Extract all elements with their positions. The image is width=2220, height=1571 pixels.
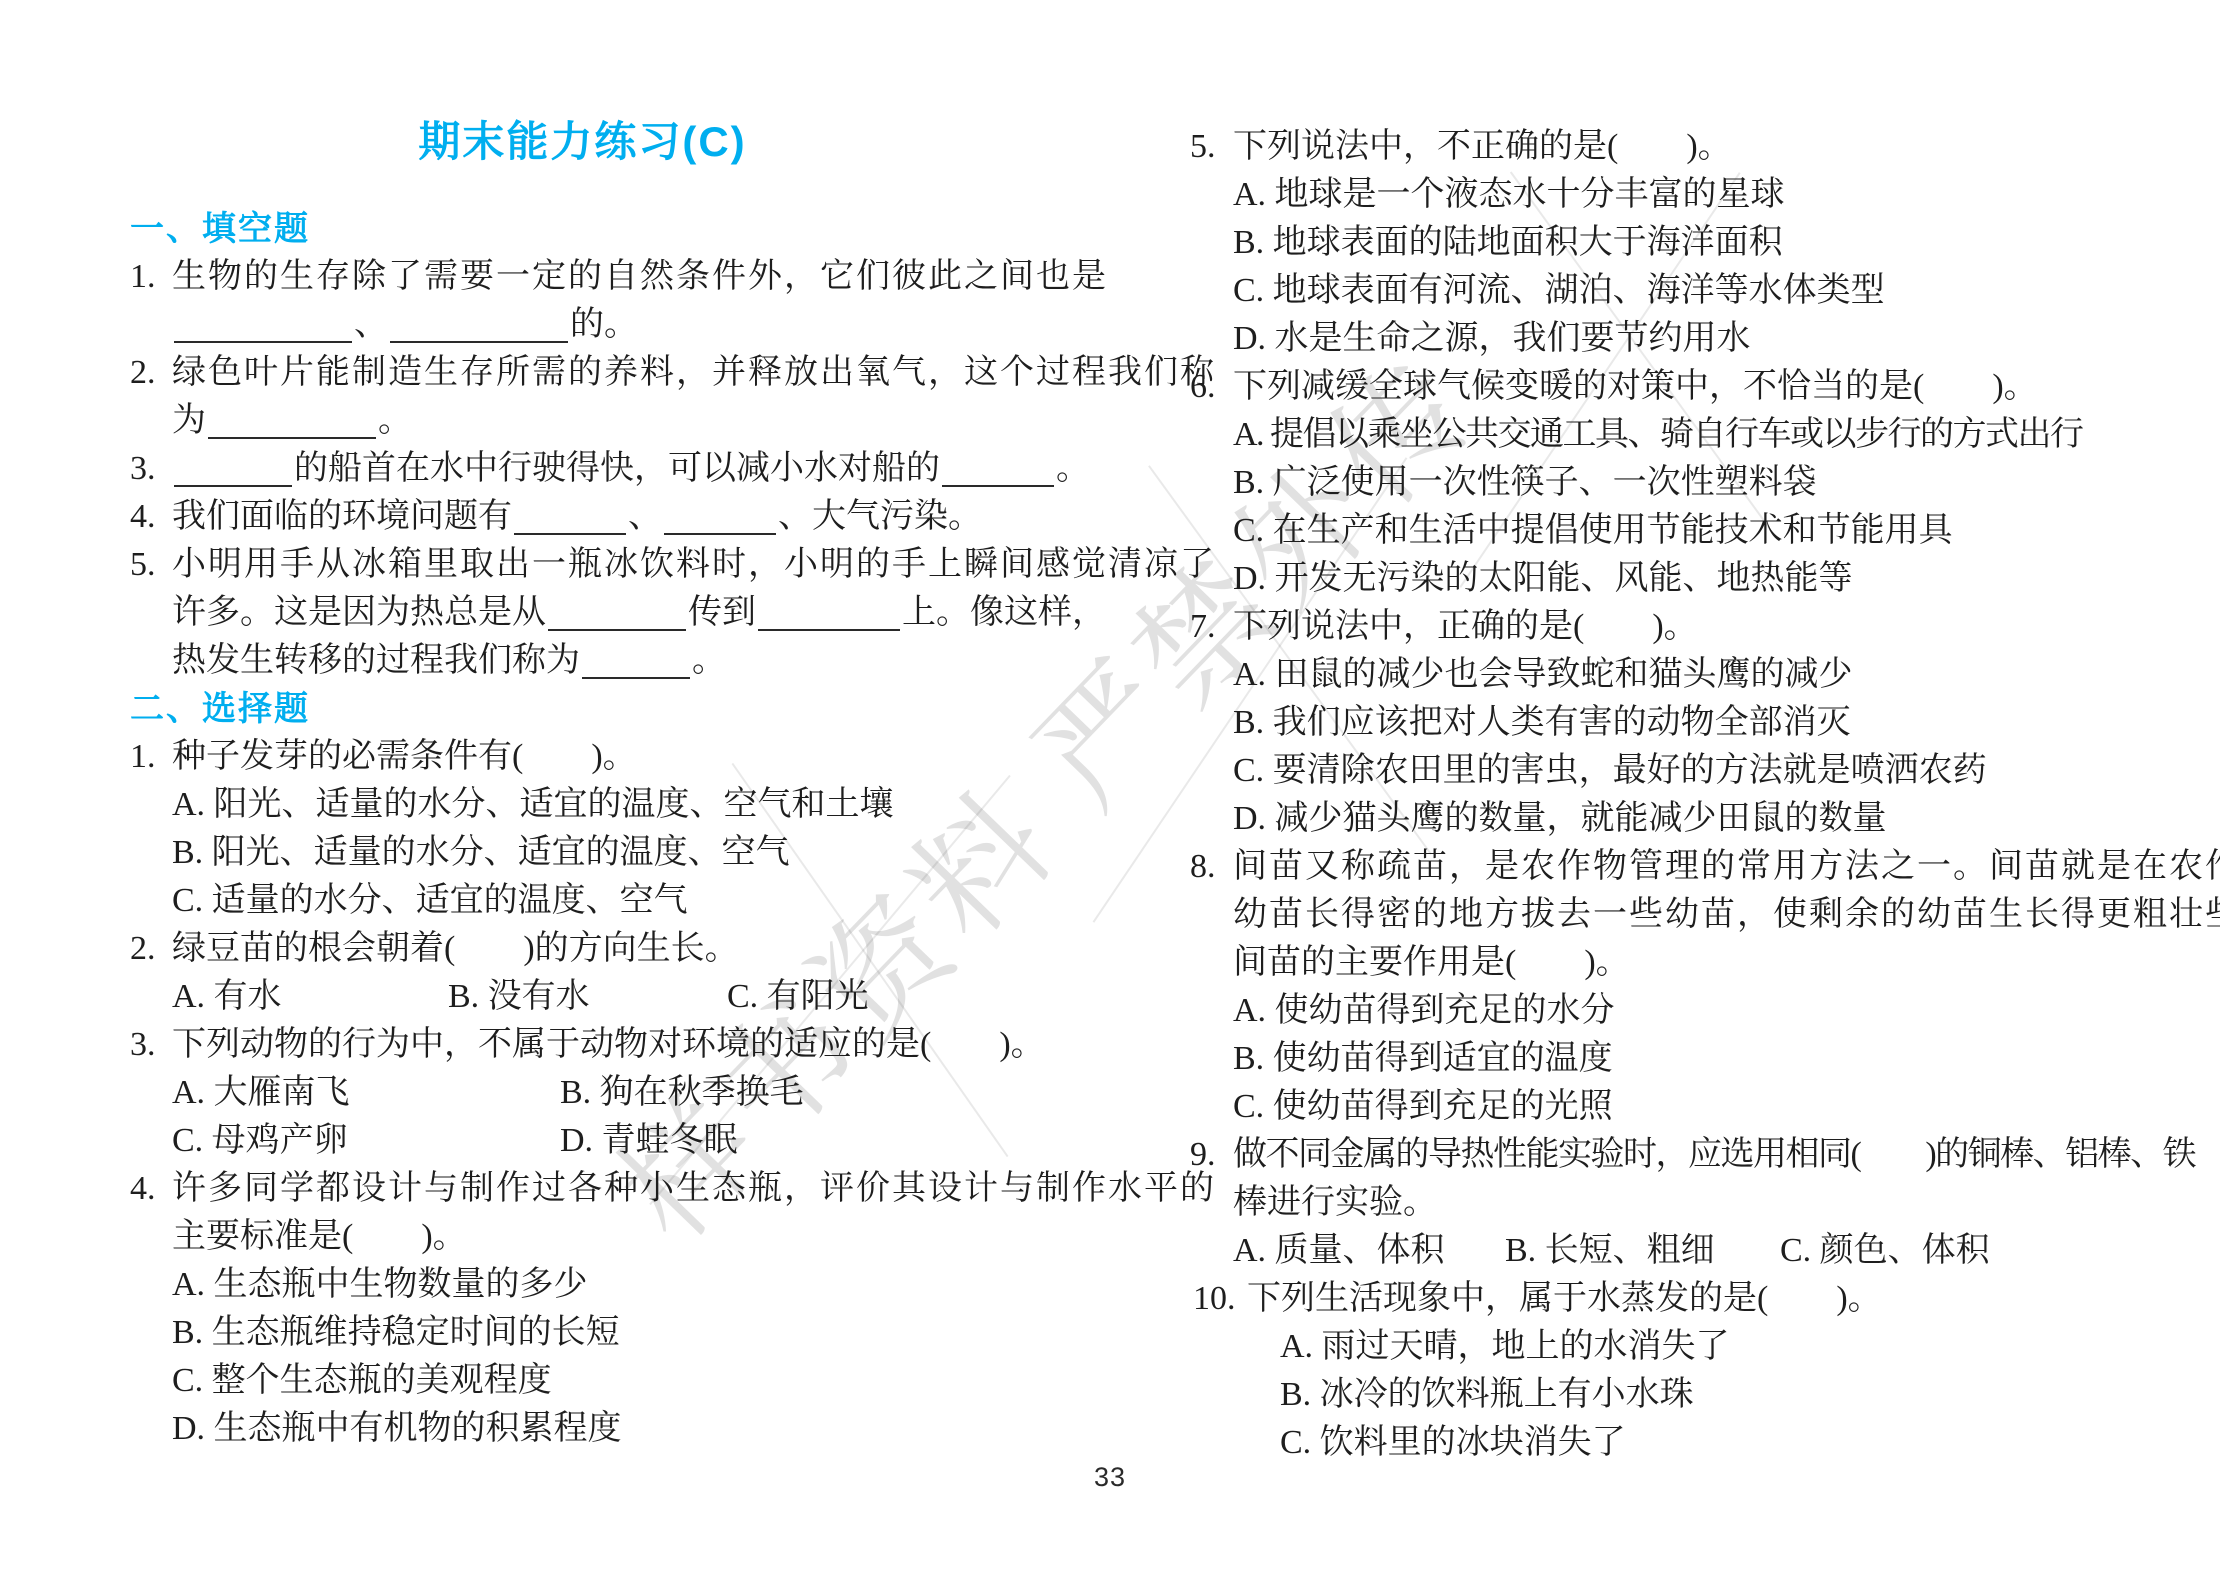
question-line: 6.下列减缓全球气候变暖的对策中，不恰当的是( )。 bbox=[1185, 363, 2110, 411]
text-segment: B. 生态瓶维持稳定时间的长短 bbox=[172, 1314, 620, 1351]
text-segment: 做不同金属的导热性能实验时，应选用相同( )的铜棒、铝棒、铁 bbox=[1233, 1136, 2195, 1173]
option-item: A. 质量、体积 bbox=[1233, 1227, 1445, 1275]
text-segment: B. 我们应该把对人类有害的动物全部消灭 bbox=[1233, 704, 1851, 741]
text-line: C. 适量的水分、适宜的温度、空气 bbox=[130, 877, 1035, 925]
text-line: A. 阳光、适量的水分、适宜的温度、空气和土壤 bbox=[130, 781, 1035, 829]
question-number: 3. bbox=[130, 1021, 156, 1069]
text-line: D. 减少猫头鹰的数量，就能减少田鼠的数量 bbox=[1185, 795, 2110, 843]
question-number: 9. bbox=[1190, 1131, 1216, 1179]
fill-in-blank bbox=[208, 437, 376, 439]
option-item: D. 青蛙冬眠 bbox=[560, 1117, 738, 1165]
question-number: 2. bbox=[130, 349, 156, 397]
question-line: 5.下列说法中，不正确的是( )。 bbox=[1185, 123, 2110, 171]
question-number: 4. bbox=[130, 1165, 156, 1213]
text-line: C. 整个生态瓶的美观程度 bbox=[130, 1357, 1035, 1405]
worksheet-page: 样书资料 严禁外传 期末能力练习(C) 一、填空题1.生物的生存除了需要一定的自… bbox=[0, 0, 2220, 1571]
text-segment: 、大气污染。 bbox=[778, 498, 982, 535]
text-segment: 下列说法中，不正确的是( )。 bbox=[1233, 128, 1732, 165]
question-number: 4. bbox=[130, 493, 156, 541]
text-segment: 。 bbox=[692, 642, 726, 679]
text-line: B. 我们应该把对人类有害的动物全部消灭 bbox=[1185, 699, 2110, 747]
text-segment: 传到 bbox=[688, 594, 756, 631]
text-segment: 棒进行实验。 bbox=[1233, 1184, 1437, 1221]
text-segment: D. 减少猫头鹰的数量，就能减少田鼠的数量 bbox=[1233, 800, 1887, 837]
option-item: B. 狗在秋季换毛 bbox=[560, 1069, 804, 1117]
left-column: 一、填空题1.生物的生存除了需要一定的自然条件外，它们彼此之间也是、的。2.绿色… bbox=[130, 205, 1035, 1453]
text-segment: A. 提倡以乘坐公共交通工具、骑自行车或以步行的方式出行 bbox=[1233, 416, 2083, 453]
question-number: 6. bbox=[1190, 363, 1216, 411]
question-line: 9.做不同金属的导热性能实验时，应选用相同( )的铜棒、铝棒、铁 bbox=[1185, 1131, 2110, 1179]
text-segment: 、 bbox=[628, 498, 662, 535]
text-segment: 下列说法中，正确的是( )。 bbox=[1233, 608, 1698, 645]
text-segment: C. 要清除农田里的害虫，最好的方法就是喷洒农药 bbox=[1233, 752, 1987, 789]
text-segment: 的。 bbox=[570, 306, 638, 343]
text-line: 、的。 bbox=[130, 301, 1035, 349]
text-segment: 绿豆苗的根会朝着( )的方向生长。 bbox=[172, 930, 739, 967]
text-segment: 。 bbox=[378, 402, 412, 439]
page-title: 期末能力练习(C) bbox=[130, 112, 1035, 172]
text-line: C. 使幼苗得到充足的光照 bbox=[1185, 1083, 2110, 1131]
text-segment: D. 水是生命之源，我们要节约用水 bbox=[1233, 320, 1751, 357]
option-item: B. 长短、粗细 bbox=[1505, 1227, 1715, 1275]
text-line: B. 阳光、适量的水分、适宜的温度、空气 bbox=[130, 829, 1035, 877]
text-segment: C. 在生产和生活中提倡使用节能技术和节能用具 bbox=[1233, 512, 1953, 549]
text-line: B. 生态瓶维持稳定时间的长短 bbox=[130, 1309, 1035, 1357]
text-line: A. 有水B. 没有水C. 有阳光 bbox=[130, 973, 1035, 1021]
question-line: 8.间苗又称疏苗，是农作物管理的常用方法之一。间苗就是在农作物 bbox=[1185, 843, 2110, 891]
section-header-choice: 二、选择题 bbox=[130, 685, 1035, 733]
text-segment: A. 生态瓶中生物数量的多少 bbox=[172, 1266, 588, 1303]
text-segment: B. 广泛使用一次性筷子、一次性塑料袋 bbox=[1233, 464, 1817, 501]
option-item: B. 没有水 bbox=[448, 973, 590, 1021]
text-line: A. 大雁南飞B. 狗在秋季换毛 bbox=[130, 1069, 1035, 1117]
text-segment: 主要标准是( )。 bbox=[172, 1218, 467, 1255]
fill-in-blank bbox=[942, 485, 1054, 487]
option-item: C. 有阳光 bbox=[727, 973, 869, 1021]
text-segment: D. 生态瓶中有机物的积累程度 bbox=[172, 1410, 622, 1447]
text-line: C. 要清除农田里的害虫，最好的方法就是喷洒农药 bbox=[1185, 747, 2110, 795]
fill-in-blank bbox=[514, 533, 626, 535]
text-segment: 、 bbox=[354, 306, 388, 343]
text-segment: 小明用手从冰箱里取出一瓶冰饮料时，小明的手上瞬间感觉清凉了 bbox=[172, 546, 1216, 583]
text-line: A. 提倡以乘坐公共交通工具、骑自行车或以步行的方式出行 bbox=[1185, 411, 2110, 459]
text-segment: 的船首在水中行驶得快，可以减小水对船的 bbox=[294, 450, 940, 487]
text-line: A. 生态瓶中生物数量的多少 bbox=[130, 1261, 1035, 1309]
text-segment: B. 阳光、适量的水分、适宜的温度、空气 bbox=[172, 834, 790, 871]
text-segment: 间苗又称疏苗，是农作物管理的常用方法之一。间苗就是在农作物 bbox=[1233, 848, 2220, 885]
fill-in-blank bbox=[390, 341, 568, 343]
text-segment: 间苗的主要作用是( )。 bbox=[1233, 944, 1630, 981]
question-line: 1.种子发芽的必需条件有( )。 bbox=[130, 733, 1035, 781]
text-segment: 热发生转移的过程我们称为 bbox=[172, 642, 580, 679]
text-line: B. 冰冷的饮料瓶上有小水珠 bbox=[1185, 1371, 2110, 1419]
question-number: 3. bbox=[130, 445, 156, 493]
question-line: 4.我们面临的环境问题有、、大气污染。 bbox=[130, 493, 1035, 541]
text-line: A. 地球是一个液态水十分丰富的星球 bbox=[1185, 171, 2110, 219]
text-line: D. 开发无污染的太阳能、风能、地热能等 bbox=[1185, 555, 2110, 603]
page-number: 33 bbox=[0, 1462, 2220, 1502]
text-line: A. 田鼠的减少也会导致蛇和猫头鹰的减少 bbox=[1185, 651, 2110, 699]
question-line: 7.下列说法中，正确的是( )。 bbox=[1185, 603, 2110, 651]
text-segment: A. 使幼苗得到充足的水分 bbox=[1233, 992, 1615, 1029]
text-segment: C. 适量的水分、适宜的温度、空气 bbox=[172, 882, 688, 919]
text-line: 间苗的主要作用是( )。 bbox=[1185, 939, 2110, 987]
text-segment: 。 bbox=[1056, 450, 1090, 487]
text-segment: 许多。这是因为热总是从 bbox=[172, 594, 546, 631]
text-segment: A. 阳光、适量的水分、适宜的温度、空气和土壤 bbox=[172, 786, 894, 823]
fill-in-blank bbox=[664, 533, 776, 535]
text-line: D. 水是生命之源，我们要节约用水 bbox=[1185, 315, 2110, 363]
text-line: B. 地球表面的陆地面积大于海洋面积 bbox=[1185, 219, 2110, 267]
text-line: 热发生转移的过程我们称为。 bbox=[130, 637, 1035, 685]
fill-in-blank bbox=[174, 485, 292, 487]
text-segment: A. 雨过天晴，地上的水消失了 bbox=[1280, 1328, 1730, 1365]
text-segment: C. 使幼苗得到充足的光照 bbox=[1233, 1088, 1613, 1125]
text-segment: 下列减缓全球气候变暖的对策中，不恰当的是( )。 bbox=[1233, 368, 2038, 405]
text-segment: B. 冰冷的饮料瓶上有小水珠 bbox=[1280, 1376, 1694, 1413]
option-item: A. 有水 bbox=[172, 973, 282, 1021]
question-number: 5. bbox=[1190, 123, 1216, 171]
question-line: 5.小明用手从冰箱里取出一瓶冰饮料时，小明的手上瞬间感觉清凉了 bbox=[130, 541, 1035, 589]
question-number: 1. bbox=[130, 733, 156, 781]
text-segment: C. 地球表面有河流、湖泊、海洋等水体类型 bbox=[1233, 272, 1885, 309]
option-item: C. 母鸡产卵 bbox=[172, 1117, 348, 1165]
text-segment: 幼苗长得密的地方拔去一些幼苗，使剩余的幼苗生长得更粗壮些。 bbox=[1233, 896, 2220, 933]
text-line: C. 地球表面有河流、湖泊、海洋等水体类型 bbox=[1185, 267, 2110, 315]
text-line: A. 雨过天晴，地上的水消失了 bbox=[1185, 1323, 2110, 1371]
text-line: C. 在生产和生活中提倡使用节能技术和节能用具 bbox=[1185, 507, 2110, 555]
fill-in-blank bbox=[758, 629, 900, 631]
text-segment: A. 田鼠的减少也会导致蛇和猫头鹰的减少 bbox=[1233, 656, 1853, 693]
text-segment: 上。像这样， bbox=[902, 594, 1106, 631]
text-segment: C. 整个生态瓶的美观程度 bbox=[172, 1362, 552, 1399]
question-line: 2.绿色叶片能制造生存所需的养料，并释放出氧气，这个过程我们称 bbox=[130, 349, 1035, 397]
text-line: B. 广泛使用一次性筷子、一次性塑料袋 bbox=[1185, 459, 2110, 507]
question-line: 10.下列生活现象中，属于水蒸发的是( )。 bbox=[1185, 1275, 2110, 1323]
text-line: 主要标准是( )。 bbox=[130, 1213, 1035, 1261]
question-number: 7. bbox=[1190, 603, 1216, 651]
question-number: 10. bbox=[1193, 1275, 1236, 1323]
text-line: A. 使幼苗得到充足的水分 bbox=[1185, 987, 2110, 1035]
fill-in-blank bbox=[582, 677, 690, 679]
option-item: A. 大雁南飞 bbox=[172, 1069, 350, 1117]
question-number: 8. bbox=[1190, 843, 1216, 891]
text-segment: 下列动物的行为中，不属于动物对环境的适应的是( )。 bbox=[172, 1026, 1045, 1063]
question-line: 1.生物的生存除了需要一定的自然条件外，它们彼此之间也是 bbox=[130, 253, 1035, 301]
question-line: 3.的船首在水中行驶得快，可以减小水对船的。 bbox=[130, 445, 1035, 493]
section-header-fill-in: 一、填空题 bbox=[130, 205, 1035, 253]
fill-in-blank bbox=[174, 341, 352, 343]
question-number: 2. bbox=[130, 925, 156, 973]
text-line: B. 使幼苗得到适宜的温度 bbox=[1185, 1035, 2110, 1083]
text-segment: 许多同学都设计与制作过各种小生态瓶，评价其设计与制作水平的 bbox=[172, 1170, 1216, 1207]
question-line: 4.许多同学都设计与制作过各种小生态瓶，评价其设计与制作水平的 bbox=[130, 1165, 1035, 1213]
question-line: 3.下列动物的行为中，不属于动物对环境的适应的是( )。 bbox=[130, 1021, 1035, 1069]
text-segment: D. 开发无污染的太阳能、风能、地热能等 bbox=[1233, 560, 1853, 597]
question-number: 1. bbox=[130, 253, 156, 301]
right-column: 5.下列说法中，不正确的是( )。A. 地球是一个液态水十分丰富的星球B. 地球… bbox=[1185, 123, 2110, 1467]
text-line: C. 母鸡产卵D. 青蛙冬眠 bbox=[130, 1117, 1035, 1165]
text-line: C. 饮料里的冰块消失了 bbox=[1185, 1419, 2110, 1467]
text-segment: 下列生活现象中，属于水蒸发的是( )。 bbox=[1247, 1280, 1882, 1317]
text-segment: C. 饮料里的冰块消失了 bbox=[1280, 1424, 1626, 1461]
text-segment: A. 地球是一个液态水十分丰富的星球 bbox=[1233, 176, 1785, 213]
text-segment: B. 使幼苗得到适宜的温度 bbox=[1233, 1040, 1613, 1077]
text-line: D. 生态瓶中有机物的积累程度 bbox=[130, 1405, 1035, 1453]
text-segment: 为 bbox=[172, 402, 206, 439]
text-segment: 种子发芽的必需条件有( )。 bbox=[172, 738, 637, 775]
text-line: 许多。这是因为热总是从传到上。像这样， bbox=[130, 589, 1035, 637]
text-segment: B. 地球表面的陆地面积大于海洋面积 bbox=[1233, 224, 1783, 261]
text-line: 幼苗长得密的地方拔去一些幼苗，使剩余的幼苗生长得更粗壮些。 bbox=[1185, 891, 2110, 939]
fill-in-blank bbox=[548, 629, 686, 631]
question-line: 2.绿豆苗的根会朝着( )的方向生长。 bbox=[130, 925, 1035, 973]
text-line: A. 质量、体积B. 长短、粗细C. 颜色、体积 bbox=[1185, 1227, 2110, 1275]
option-item: C. 颜色、体积 bbox=[1780, 1227, 1990, 1275]
text-line: 为。 bbox=[130, 397, 1035, 445]
text-line: 棒进行实验。 bbox=[1185, 1179, 2110, 1227]
question-number: 5. bbox=[130, 541, 156, 589]
text-segment: 绿色叶片能制造生存所需的养料，并释放出氧气，这个过程我们称 bbox=[172, 354, 1216, 391]
text-segment: 我们面临的环境问题有 bbox=[172, 498, 512, 535]
text-segment: 生物的生存除了需要一定的自然条件外，它们彼此之间也是 bbox=[172, 258, 1108, 295]
